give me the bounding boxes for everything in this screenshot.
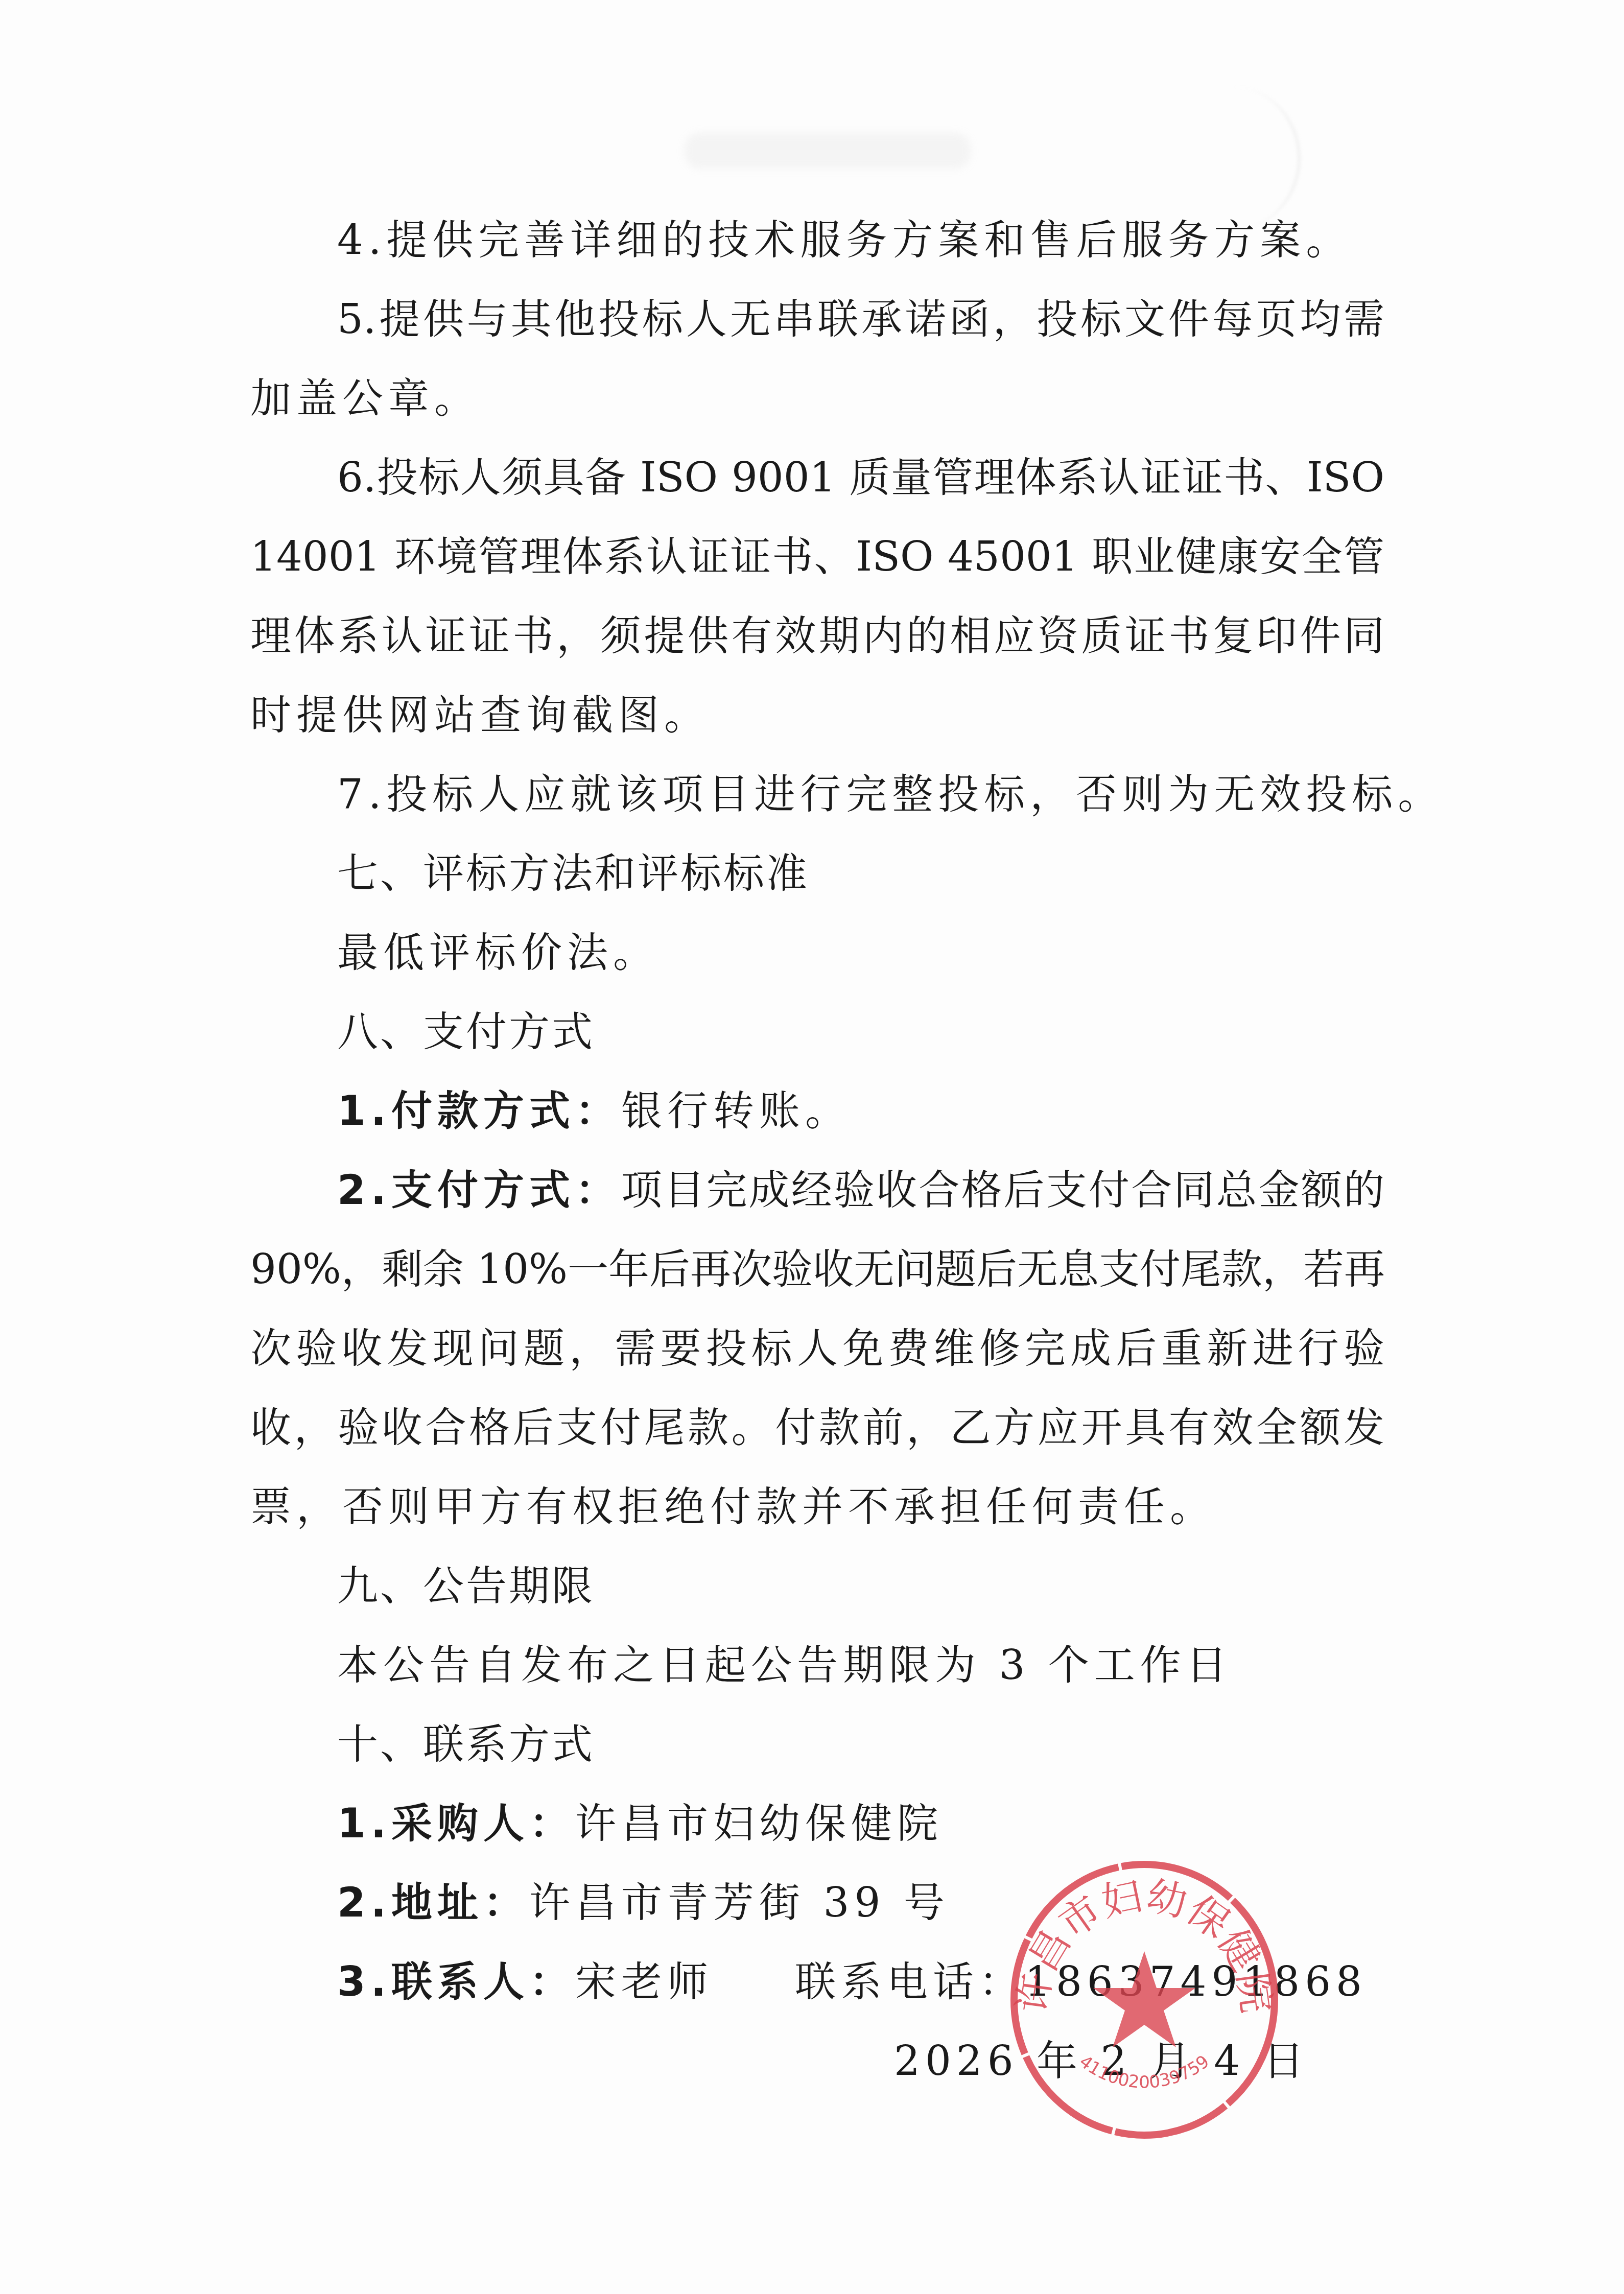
section-10-heading: 十、联系方式 [337,1719,595,1770]
payment-terms-line-2: 90%，剩余 10%一年后再次验收无问题后无息支付尾款，若再 [250,1244,1384,1295]
purchaser-value: 许昌市妇幼保健院 [575,1800,943,1847]
payment-terms-line-5: 票，否则甲方有权拒绝付款并不承担任何责任。 [250,1481,1216,1532]
section-9-body: 本公告自发布之日起公告期限为 3 个工作日 [337,1640,1232,1691]
address-label: 2.地址： [337,1879,529,1926]
payment-terms-label: 2.支付方式： [337,1165,621,1216]
item-6-line-1: 6.投标人须具备 ISO 9001 质量管理体系认证证书、ISO [337,452,1384,503]
faint-stamp-bleed [1165,87,1301,230]
item-6-line-3: 理体系认证证书，须提供有效期内的相应资质证书复印件同 [250,610,1384,661]
section-7-heading: 七、评标方法和评标标准 [337,848,809,899]
item-5-line-1: 5.提供与其他投标人无串联承诺函，投标文件每页均需 [337,294,1384,345]
item-7: 7.投标人应就该项目进行完整投标，否则为无效投标。 [337,769,1444,820]
payment-terms-line-1: 项目完成经验收合格后支付合同总金额的 [621,1165,1384,1216]
purchaser-row: 1.采购人：许昌市妇幼保健院 [337,1798,943,1849]
item-6-line-2: 14001 环境管理体系认证证书、ISO 45001 职业健康安全管 [250,531,1384,582]
payment-method-row: 1.付款方式：银行转账。 [337,1085,851,1137]
payment-method-label: 1.付款方式： [337,1087,621,1134]
faint-scan-artifact [685,133,971,169]
payment-method-value: 银行转账。 [621,1087,851,1134]
contact-value: 宋老师 [575,1958,713,2005]
contact-row: 3.联系人：宋老师联系电话：18637491868 [337,1956,1367,2007]
section-7-body: 最低评标价法。 [337,927,659,978]
document-date: 2026 年 2 月 4 日 [894,2036,1309,2087]
payment-terms-row: 2.支付方式：项目完成经验收合格后支付合同总金额的 [337,1165,1384,1216]
phone-value: 18637491868 [1025,1958,1367,2005]
address-row: 2.地址：许昌市青芳街 39 号 [337,1877,950,1928]
address-value: 许昌市青芳街 39 号 [529,1879,950,1926]
payment-terms-line-3: 次验收发现问题，需要投标人免费维修完成后重新进行验 [250,1323,1384,1374]
item-5-line-2: 加盖公章。 [250,373,480,424]
item-4: 4.提供完善详细的技术服务方案和售后服务方案。 [337,215,1352,266]
section-9-heading: 九、公告期限 [337,1560,595,1612]
contact-label: 3.联系人： [337,1958,575,2005]
purchaser-label: 1.采购人： [337,1800,575,1847]
item-6-line-4: 时提供网站查询截图。 [250,690,710,741]
section-8-heading: 八、支付方式 [337,1006,595,1057]
payment-terms-line-4: 收，验收合格后支付尾款。付款前，乙方应开具有效全额发 [250,1402,1384,1453]
phone-label: 联系电话： [795,1958,1025,2005]
